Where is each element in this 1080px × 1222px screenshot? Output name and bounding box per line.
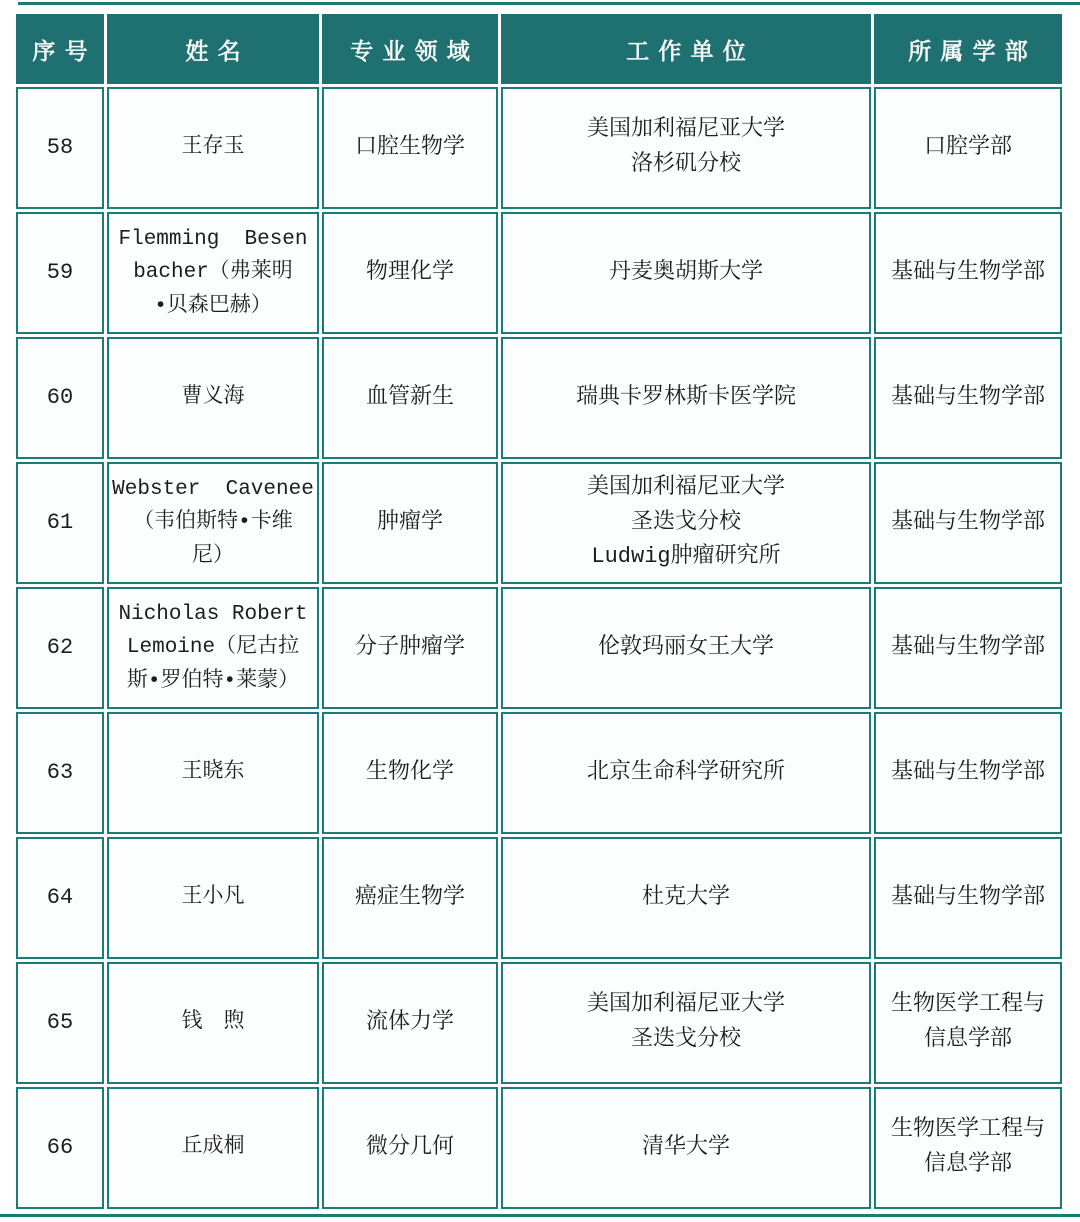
cell-dept: 生物医学工程与 信息学部 — [874, 1087, 1062, 1209]
cell-org: 美国加利福尼亚大学 圣迭戈分校 — [501, 962, 871, 1084]
column-header-label: 序号 — [32, 40, 96, 66]
cell-org: 美国加利福尼亚大学 圣迭戈分校 Ludwig肿瘤研究所 — [501, 462, 871, 584]
cell-org: 北京生命科学研究所 — [501, 712, 871, 834]
column-header-field: 专业领域 — [322, 14, 498, 84]
table-row: 66丘成桐微分几何清华大学生物医学工程与 信息学部 — [16, 1087, 1062, 1209]
cell-name: 曹义海 — [107, 337, 319, 459]
column-header-name: 姓名 — [107, 14, 319, 84]
cell-field: 口腔生物学 — [322, 87, 498, 209]
bottom-border-rule — [0, 1214, 1080, 1217]
cell-name: Nicholas Robert Lemoine（尼古拉 斯•罗伯特•莱蒙） — [107, 587, 319, 709]
cell-name: 钱 煦 — [107, 962, 319, 1084]
cell-field: 肿瘤学 — [322, 462, 498, 584]
cell-field: 生物化学 — [322, 712, 498, 834]
cell-field: 癌症生物学 — [322, 837, 498, 959]
cell-dept: 基础与生物学部 — [874, 212, 1062, 334]
column-header-label: 工作单位 — [626, 40, 755, 66]
cell-dept: 基础与生物学部 — [874, 462, 1062, 584]
cell-index: 66 — [16, 1087, 104, 1209]
column-header-label: 专业领域 — [350, 40, 479, 66]
cell-name: 王存玉 — [107, 87, 319, 209]
experts-table: 序号 姓名 专业领域 工作单位 所属学部 58王存玉口腔生物学美国加利福尼亚大学… — [13, 11, 1065, 1212]
cell-index: 61 — [16, 462, 104, 584]
cell-name: Webster Cavenee （韦伯斯特•卡维 尼） — [107, 462, 319, 584]
table-row: 64王小凡癌症生物学杜克大学基础与生物学部 — [16, 837, 1062, 959]
cell-field: 血管新生 — [322, 337, 498, 459]
cell-org: 美国加利福尼亚大学 洛杉矶分校 — [501, 87, 871, 209]
cell-index: 59 — [16, 212, 104, 334]
header-row: 序号 姓名 专业领域 工作单位 所属学部 — [16, 14, 1062, 84]
table-row: 61Webster Cavenee （韦伯斯特•卡维 尼）肿瘤学美国加利福尼亚大… — [16, 462, 1062, 584]
cell-name: 王晓东 — [107, 712, 319, 834]
cell-index: 58 — [16, 87, 104, 209]
table-row: 62Nicholas Robert Lemoine（尼古拉 斯•罗伯特•莱蒙）分… — [16, 587, 1062, 709]
top-border-rule — [18, 2, 1080, 5]
table-body: 58王存玉口腔生物学美国加利福尼亚大学 洛杉矶分校口腔学部59Flemming … — [16, 87, 1062, 1209]
cell-org: 杜克大学 — [501, 837, 871, 959]
table-row: 65钱 煦流体力学美国加利福尼亚大学 圣迭戈分校生物医学工程与 信息学部 — [16, 962, 1062, 1084]
cell-index: 60 — [16, 337, 104, 459]
cell-dept: 基础与生物学部 — [874, 837, 1062, 959]
cell-org: 瑞典卡罗林斯卡医学院 — [501, 337, 871, 459]
column-header-index: 序号 — [16, 14, 104, 84]
column-header-org: 工作单位 — [501, 14, 871, 84]
column-header-label: 姓名 — [185, 40, 249, 66]
cell-dept: 基础与生物学部 — [874, 587, 1062, 709]
table-row: 58王存玉口腔生物学美国加利福尼亚大学 洛杉矶分校口腔学部 — [16, 87, 1062, 209]
cell-index: 62 — [16, 587, 104, 709]
cell-field: 分子肿瘤学 — [322, 587, 498, 709]
cell-dept: 基础与生物学部 — [874, 337, 1062, 459]
cell-index: 63 — [16, 712, 104, 834]
cell-field: 物理化学 — [322, 212, 498, 334]
cell-dept: 基础与生物学部 — [874, 712, 1062, 834]
cell-name: 丘成桐 — [107, 1087, 319, 1209]
table-row: 59Flemming Besen bacher（弗莱明 •贝森巴赫）物理化学丹麦… — [16, 212, 1062, 334]
table-row: 60曹义海血管新生瑞典卡罗林斯卡医学院基础与生物学部 — [16, 337, 1062, 459]
cell-dept: 口腔学部 — [874, 87, 1062, 209]
cell-org: 伦敦玛丽女王大学 — [501, 587, 871, 709]
column-header-dept: 所属学部 — [874, 14, 1062, 84]
table-header: 序号 姓名 专业领域 工作单位 所属学部 — [16, 14, 1062, 84]
column-header-label: 所属学部 — [908, 40, 1037, 66]
cell-field: 微分几何 — [322, 1087, 498, 1209]
cell-name: Flemming Besen bacher（弗莱明 •贝森巴赫） — [107, 212, 319, 334]
cell-dept: 生物医学工程与 信息学部 — [874, 962, 1062, 1084]
cell-org: 丹麦奥胡斯大学 — [501, 212, 871, 334]
cell-name: 王小凡 — [107, 837, 319, 959]
cell-index: 64 — [16, 837, 104, 959]
table-row: 63王晓东生物化学北京生命科学研究所基础与生物学部 — [16, 712, 1062, 834]
cell-org: 清华大学 — [501, 1087, 871, 1209]
cell-index: 65 — [16, 962, 104, 1084]
cell-field: 流体力学 — [322, 962, 498, 1084]
